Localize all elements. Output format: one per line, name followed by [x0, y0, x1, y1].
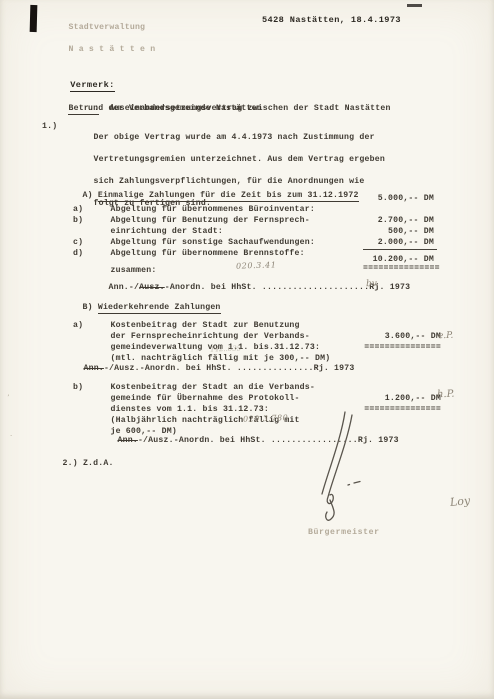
signature-stroke — [293, 403, 383, 528]
para1-line: Der obige Vertrag wurde am 4.4.1973 nach… — [93, 133, 374, 142]
item-amount: 1.200,-- DM — [385, 393, 441, 404]
scan-artifact-bar — [30, 5, 38, 32]
scan-speck: ʼ — [7, 394, 9, 402]
sender-name: Stadtverwaltung N a s t ä t t e n — [48, 11, 155, 66]
item-label: d) — [73, 248, 83, 259]
sender-line2: N a s t ä t t e n — [68, 45, 155, 54]
handwritten-hhst-b2: 020.3.780 — [243, 413, 289, 424]
item-label: b) — [73, 215, 83, 226]
item-amount: 5.000,-- DM — [378, 193, 434, 204]
item-amount: 500,-- DM — [388, 226, 434, 237]
item-label: a) — [73, 204, 83, 215]
scan-artifact-dash — [407, 4, 422, 7]
item-label: a) — [73, 320, 83, 331]
closing-number: 2.) — [62, 459, 77, 468]
signature-title: Bürgermeister — [308, 527, 380, 538]
item-amount: 2.000,-- DM — [378, 237, 434, 248]
handwritten-mark-b1: e.P. — [438, 331, 454, 342]
dateline: 5428 Nastätten, 18.4.1973 — [262, 15, 401, 26]
para1-number: 1.) — [42, 121, 57, 132]
order-post: -/Ausz.-Anordn. bei HhSt. — [138, 436, 271, 445]
closing-text: Z.d.A. — [83, 459, 114, 468]
closing-line: 2.) Z.d.A. — [42, 447, 114, 480]
scan-speck: . — [10, 430, 12, 438]
handwritten-hhst-a: 020.3.41 — [236, 260, 277, 270]
subject-line-2: und der Verbandsgemeinde Nastätten — [88, 103, 262, 114]
handwritten-initials: Loy — [449, 494, 470, 509]
double-rule: =============== — [364, 342, 441, 353]
handwritten-mark-b2: h.P. — [437, 389, 455, 401]
item-label: c) — [73, 237, 83, 248]
memo-label-text: Vermerk: — [70, 80, 114, 92]
sender-line1: Stadtverwaltung — [68, 23, 145, 32]
handwritten-hhst-b1: 142..635 — [210, 344, 241, 353]
total-rule — [363, 249, 437, 250]
order-struck: Ann. — [117, 436, 137, 445]
order-dots: .................... — [262, 283, 364, 292]
item-amount: 2.700,-- DM — [378, 215, 434, 226]
memo-document: ʼ . Stadtverwaltung N a s t ä t t e n 54… — [0, 0, 494, 699]
handwritten-mark-a: bv. — [366, 279, 379, 289]
item-label: b) — [73, 382, 83, 393]
item-amount: 3.600,-- DM — [385, 331, 441, 342]
para1-line: Vertretungsgremien unterzeichnet. Aus de… — [93, 155, 384, 164]
